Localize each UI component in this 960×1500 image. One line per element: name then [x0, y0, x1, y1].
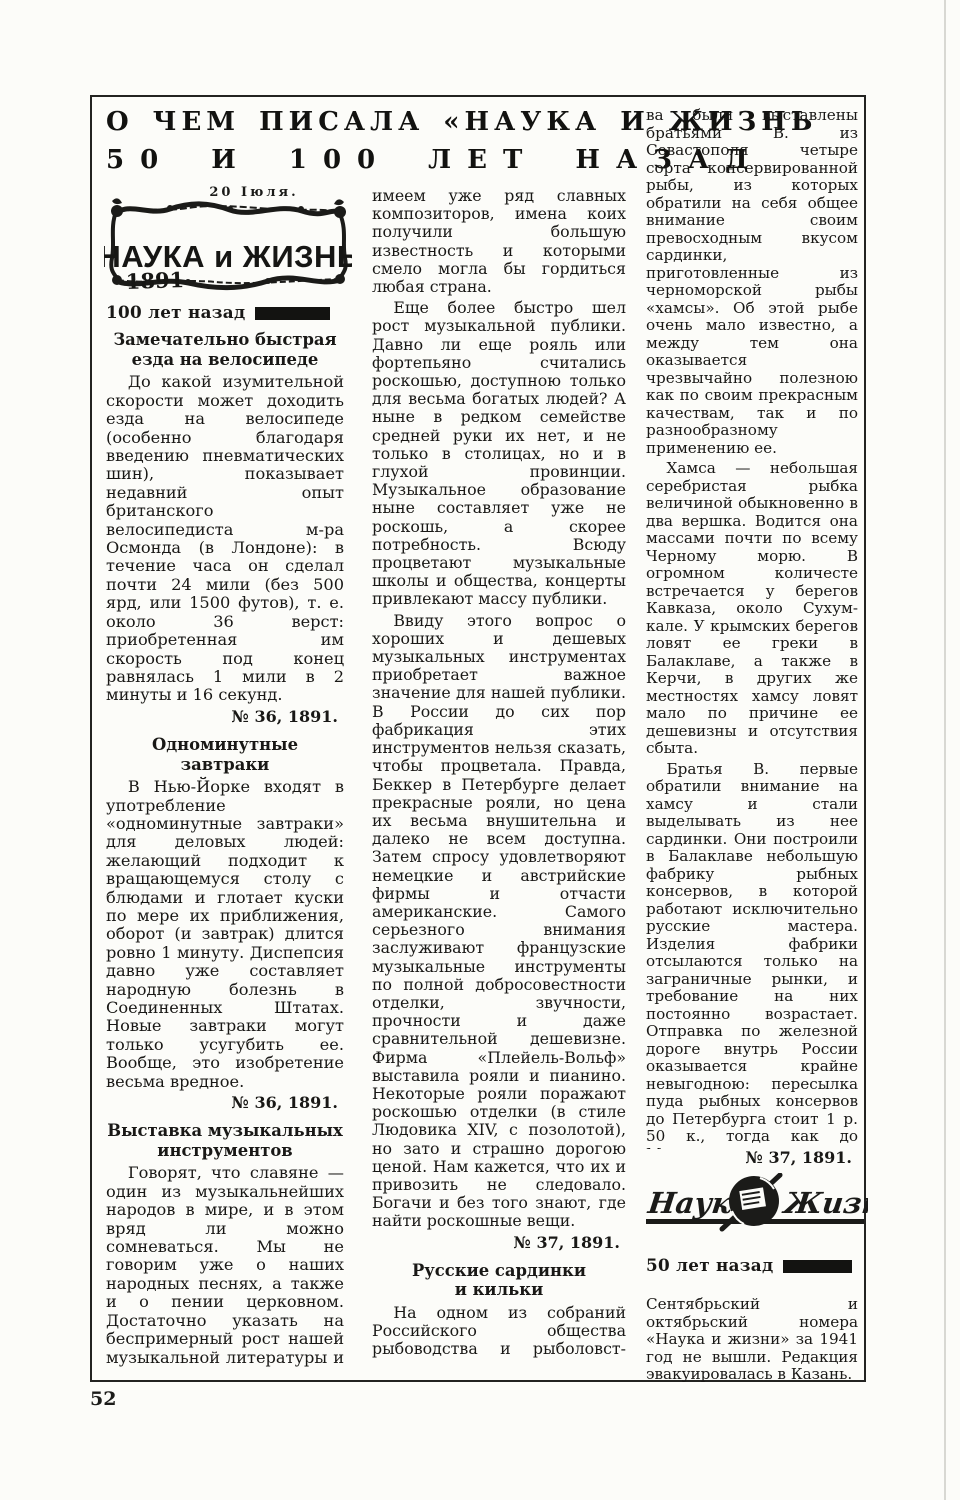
article-bicycle-ref: № 36, 1891. [106, 708, 344, 726]
article-breakfast-title: Одноминутные завтраки [106, 735, 344, 774]
sardines-paragraph-2: Хамса — небольшая серебристая рыбка вели… [646, 460, 858, 758]
article-bicycle-body: До какой изумительной скорости может дох… [106, 373, 344, 704]
section-50-years-body: Сентябрьский и октябрьский номера «Наука… [646, 1296, 858, 1396]
section-50-years: 50 лет назад [646, 1255, 858, 1275]
article-bicycle: Замечательно быстрая езда на велосипеде … [106, 330, 344, 726]
instruments-paragraph-3: Ввиду этого вопрос о хороших и дешевых м… [372, 612, 626, 1231]
article-sardines-title: Русские сардинки и кильки [372, 1261, 626, 1300]
masthead-date-label: 20 Iюля. [209, 185, 298, 200]
column-1: 100 лет назад Замечательно быстрая езда … [106, 303, 344, 1367]
article-breakfast-ref: № 36, 1891. [106, 1094, 344, 1112]
article-breakfast-body: В Нью-Йорке входят в употребление «одном… [106, 778, 344, 1091]
page-title: О ЧЕМ ПИСАЛА «НАУКА И ЖИЗНЬ 50 И 100 ЛЕТ… [106, 107, 642, 175]
sardines-ref: № 37, 1891. [646, 1148, 858, 1167]
column-3: ва были выставлены братьями В. из Севаст… [646, 107, 858, 1149]
script-nauka-i-zhizn-logo: Наука Жизнь [644, 1173, 868, 1239]
instruments-ref: № 37, 1891. [372, 1234, 626, 1252]
instruments-paragraph-1: имеем уже ряд славных композиторов, имен… [372, 187, 626, 296]
article-bicycle-title: Замечательно быстрая езда на велосипеде [106, 330, 344, 369]
article-breakfast: Одноминутные завтраки В Нью-Йорке входят… [106, 735, 344, 1112]
section-100-years: 100 лет назад [106, 303, 344, 321]
sardines-paragraph-1: ва были выставлены братьями В. из Севаст… [646, 107, 858, 457]
article-instruments-body: Говорят, что славяне — один из музыкальн… [106, 1164, 344, 1367]
section-50-years-bar [783, 1260, 852, 1273]
instruments-paragraph-2: Еще более быстро шел рост музыкальной пу… [372, 299, 626, 608]
column-2: имеем уже ряд славных композиторов, имен… [372, 187, 626, 1373]
article-instruments: Выставка музыкальных инструментов Говоря… [106, 1121, 344, 1367]
article-instruments-title: Выставка музыкальных инструментов [106, 1121, 344, 1160]
page-title-line1: О ЧЕМ ПИСАЛА «НАУКА И ЖИЗНЬ [106, 107, 642, 137]
masthead-1891-logo: 20 Iюля. НАУКА и ЖИЗНЬ 1891 [104, 181, 352, 297]
script-logo-word2: Жизнь [780, 1186, 868, 1220]
section-100-years-bar [255, 307, 330, 320]
section-100-years-label: 100 лет назад [106, 303, 245, 321]
article-sardines-body-start: На одном из собраний Российского обществ… [372, 1304, 626, 1359]
magazine-page: О ЧЕМ ПИСАЛА «НАУКА И ЖИЗНЬ 50 И 100 ЛЕТ… [0, 0, 960, 1500]
page-number: 52 [90, 1388, 116, 1410]
section-50-years-label: 50 лет назад [646, 1255, 773, 1275]
scan-edge-line [944, 0, 946, 1500]
masthead-year: 1891 [125, 267, 184, 294]
page-title-line2: 50 И 100 ЛЕТ НАЗАД [106, 145, 642, 175]
page-border-frame: О ЧЕМ ПИСАЛА «НАУКА И ЖИЗНЬ 50 И 100 ЛЕТ… [90, 95, 866, 1382]
sardines-paragraph-3: Братья В. первые обратили внимание на ха… [646, 761, 858, 1150]
